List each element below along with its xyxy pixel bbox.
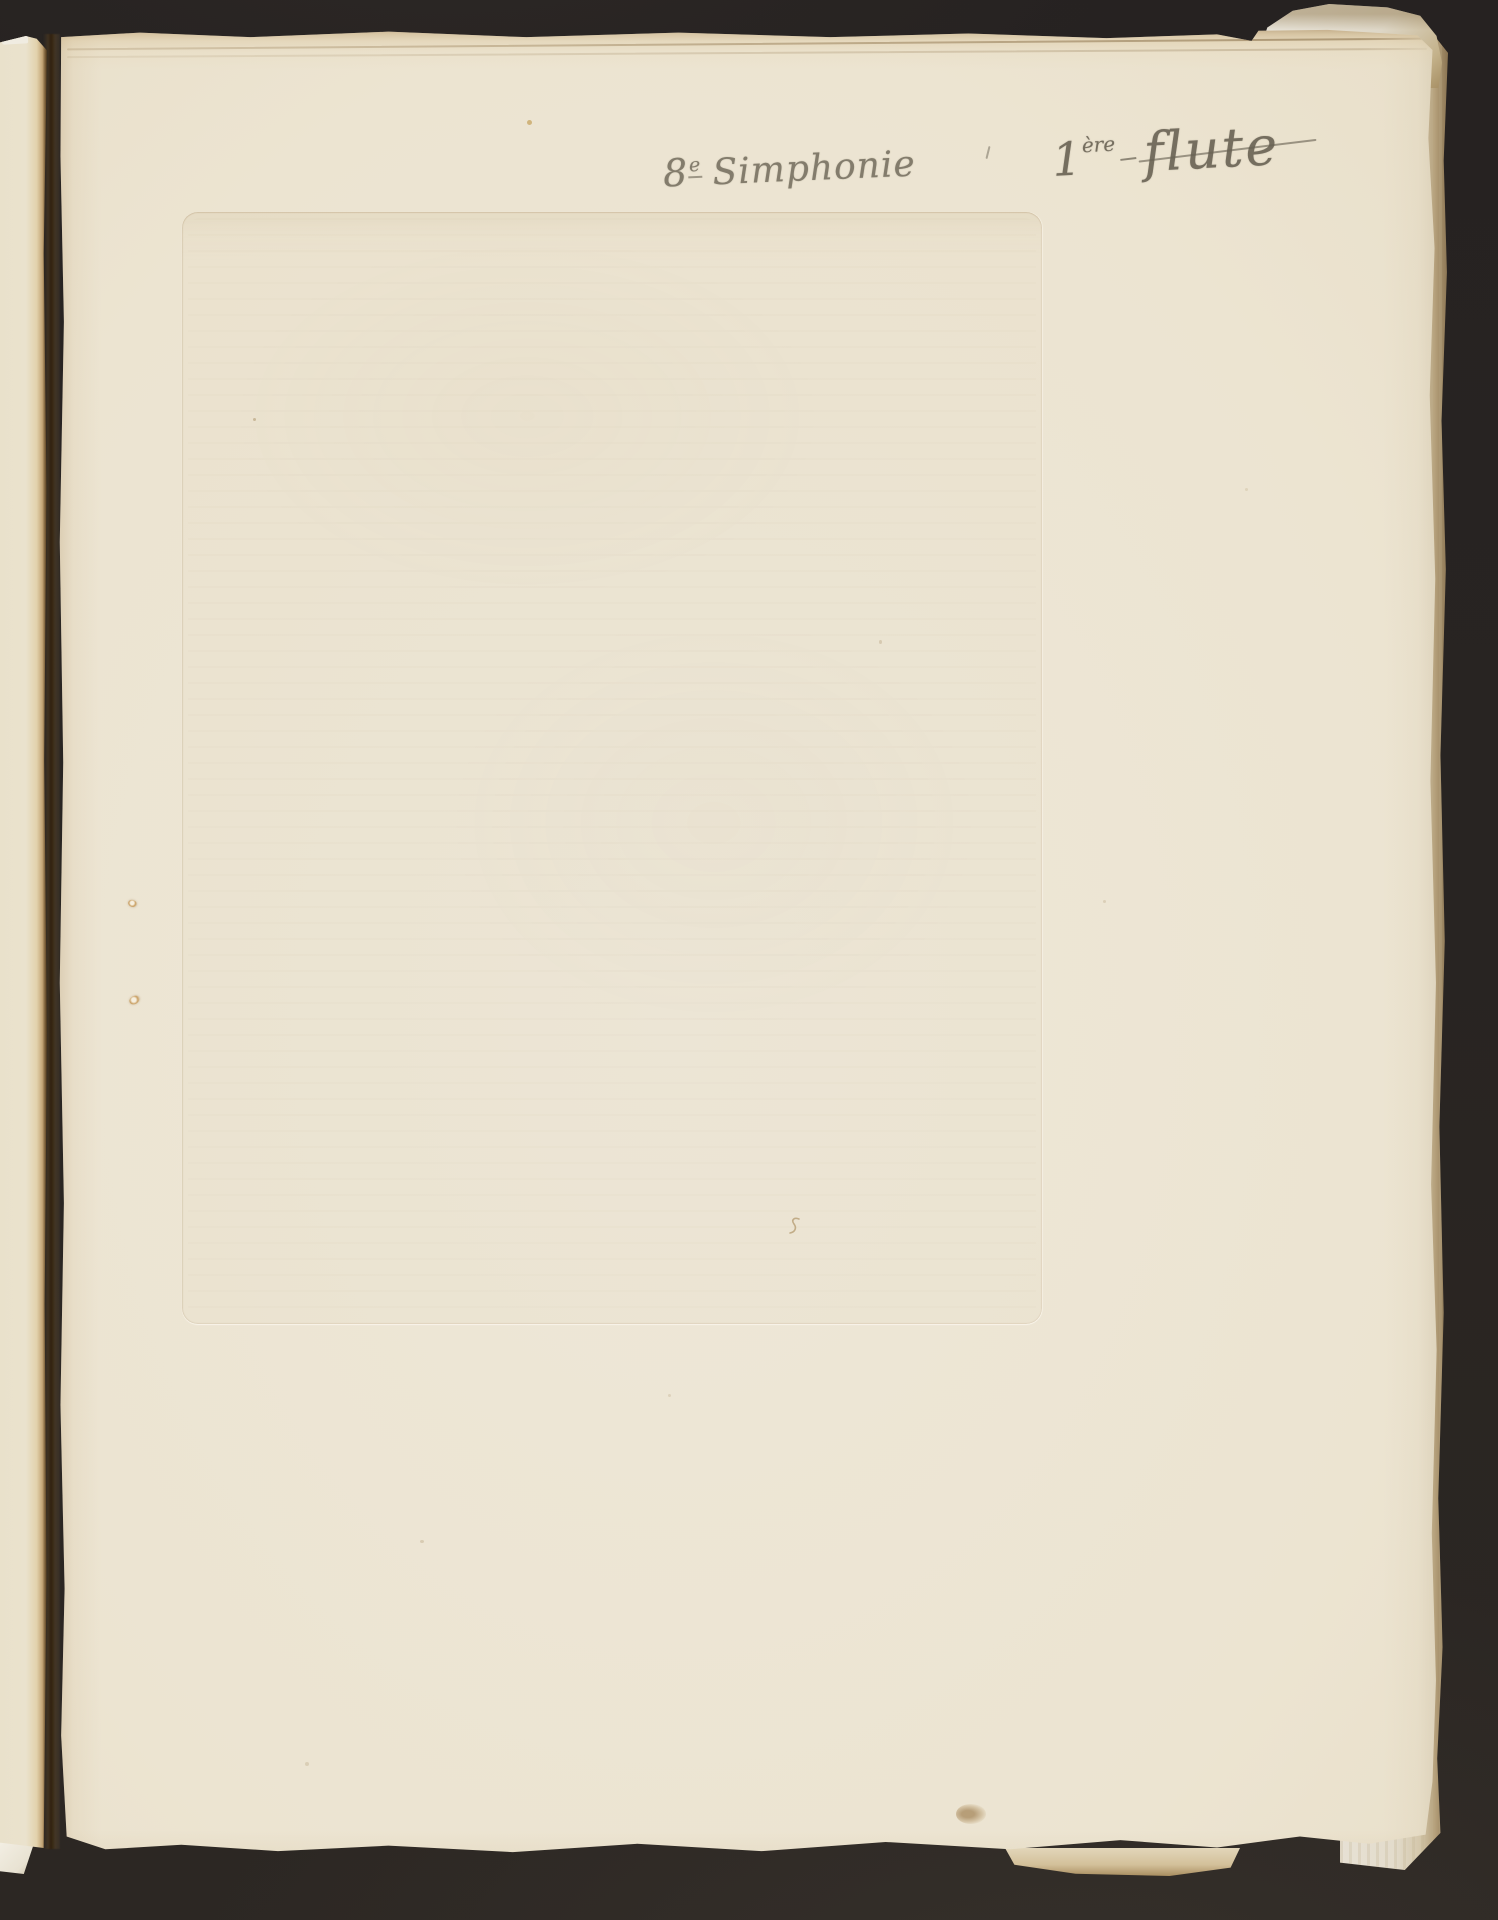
annotation-symphony-number: 8 xyxy=(662,150,689,195)
paper-speck xyxy=(253,418,256,421)
pencil-dash xyxy=(1120,157,1136,161)
previous-page-sliver xyxy=(0,36,47,1848)
sheet-edge-line xyxy=(67,48,1427,58)
annotation-flute-suffix: ère xyxy=(1081,132,1115,158)
wormhole xyxy=(127,899,138,909)
annotation-symphony: 8eSimphonie xyxy=(662,141,916,196)
annotation-flute-number: 1 xyxy=(1051,131,1083,186)
pencil-tick-mark xyxy=(985,146,990,159)
underlying-page-bottom-edge xyxy=(1005,1848,1240,1876)
photograph-backdrop: 8eSimphonie 1èreflute xyxy=(0,0,1498,1920)
paper-speck xyxy=(527,120,532,125)
paper-speck xyxy=(668,1394,671,1397)
paper-speck xyxy=(305,1762,309,1766)
book-gutter-shadow xyxy=(43,34,60,1849)
stain-spot xyxy=(956,1804,986,1824)
fiber-mark xyxy=(786,1216,804,1236)
paper-speck xyxy=(420,1540,424,1543)
wormhole xyxy=(128,994,142,1006)
intaglio-plate-mark xyxy=(182,212,1042,1324)
annotation-flute-word: flute xyxy=(1142,114,1281,184)
annotation-flute: 1èreflute xyxy=(1051,114,1281,189)
paper-speck xyxy=(1245,488,1248,491)
paper-speck xyxy=(1103,900,1106,903)
paper-speck xyxy=(879,640,882,644)
annotation-symphony-suffix: e xyxy=(687,154,702,179)
annotation-symphony-word: Simphonie xyxy=(712,144,917,194)
book-page: 8eSimphonie 1èreflute xyxy=(57,28,1438,1864)
